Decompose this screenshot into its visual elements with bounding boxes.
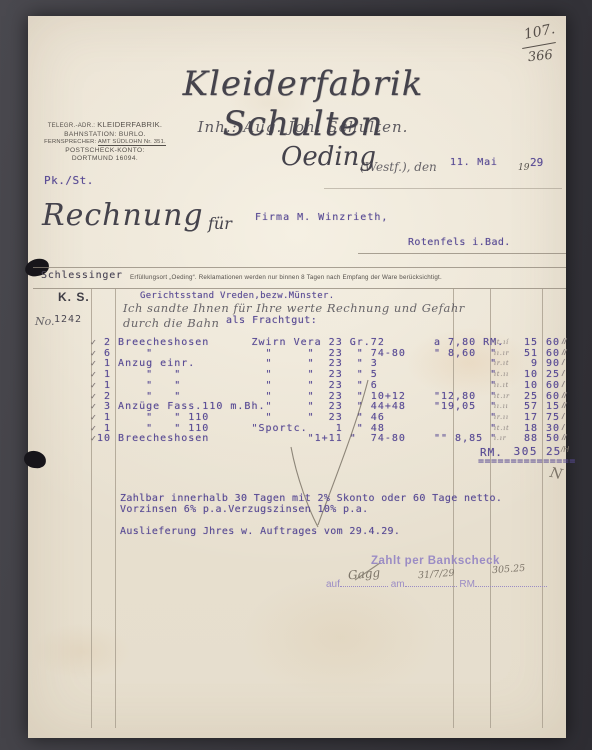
pencil-check-stroke (28, 16, 566, 738)
stamp-rm-blank (475, 576, 547, 587)
stamp-am-label: am (391, 579, 405, 590)
stamp-pencil-bank: Gagg (347, 566, 380, 583)
terms-line-1: Zahlbar innerhalb 30 Tagen mit 2% Skonto… (120, 493, 502, 504)
terms-line-2: Vorzinsen 6% p.a.Verzugszinsen 10% p.a. (120, 504, 368, 515)
photo-background: 107. 366 Kleiderfabrik Schulten Inh.: Au… (0, 0, 592, 750)
invoice-document: 107. 366 Kleiderfabrik Schulten Inh.: Au… (28, 16, 566, 738)
stamp-auf-label: auf (326, 579, 340, 590)
bankscheck-stamp-title: Zahlt per Bankscheck (371, 555, 500, 567)
stamp-rm-label: RM (459, 579, 475, 590)
stamp-pencil-amount: 305.25 (492, 563, 526, 576)
terms-line-3: Auslieferung Jhres w. Auftrages vom 29.4… (120, 526, 400, 537)
